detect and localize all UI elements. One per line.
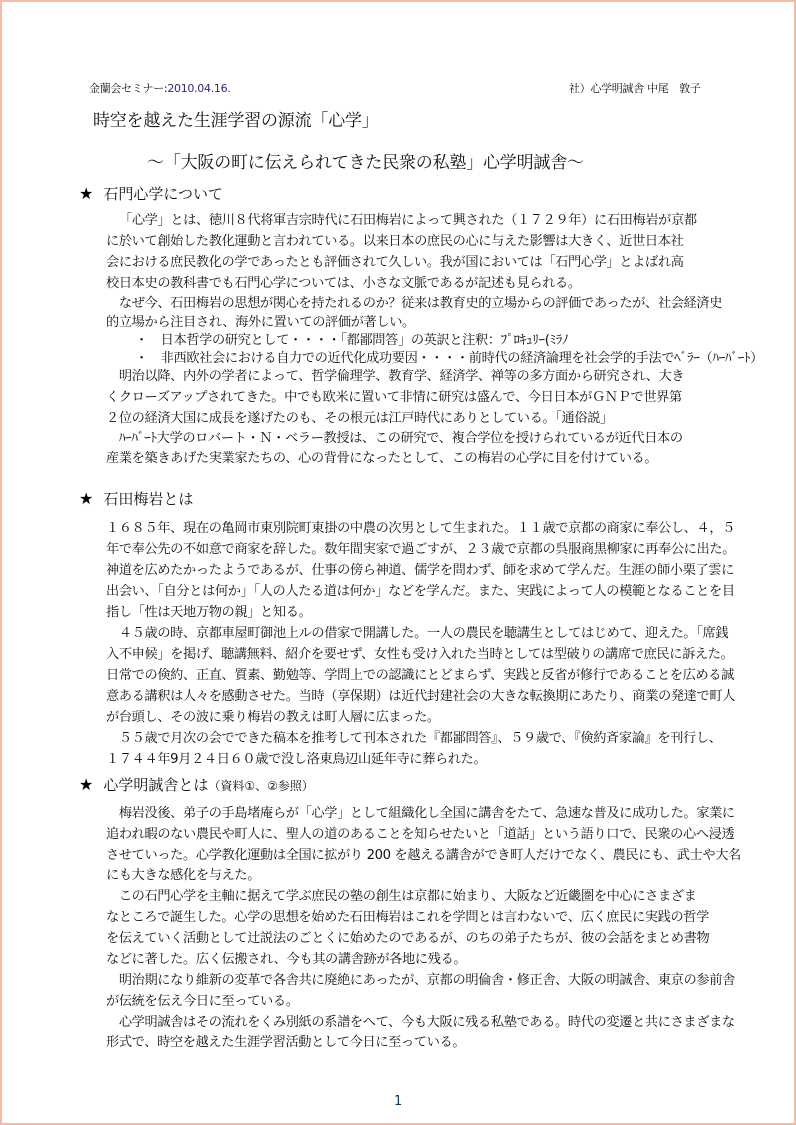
paragraph-line: １７４４年9月２４日６０歳で没し洛東鳥辺山延年寺に葬られた。: [106, 752, 486, 768]
paragraph-line: ５５歳で月次の会でできた稿本を推考して刊本された『都鄙問答』、５９歳で、『倹約斉…: [106, 731, 722, 747]
bullet-item: ・ 日本哲学の研究として・・・・「都鄙問答」の英訳と注釈：ﾌﾟﾛｷｭﾘｰ(ﾐﾗﾉ: [135, 333, 568, 349]
star-icon: ★: [79, 184, 93, 203]
star-icon: ★: [79, 775, 93, 794]
paragraph-line: なところで誕生した。心学の思想を始めた石田梅岩はこれを学問とは言わないで、広く庶…: [106, 910, 709, 926]
paragraph-line: 日常での倹約、正直、質素、勤勉等、学問上での認識にとどまらず、実践と反省が修行で…: [106, 668, 734, 684]
paragraph-line: 「心学」とは、徳川８代将軍吉宗時代に石田梅岩によって興された（１７２９年）に石田…: [119, 213, 697, 229]
paragraph-line: 会における庶民教化の学であったとも評価されて久しい。我が国においては「石門心学」…: [106, 255, 684, 271]
paragraph-line: させていった。心学教化運動は全国に拡がり 200 を越える講舎ができ町人だけでな…: [106, 848, 741, 864]
paragraph-line: 明治以降、内外の学者によって、哲学倫理学、教育学、経済学、禅等の多方面から研究さ…: [106, 369, 684, 385]
paragraph-line: 校日本史の教科書でも石門心学については、小さな文脈であるが記述も見られる。: [106, 276, 581, 292]
section-heading-ishida-baigan: ★石田梅岩とは: [79, 488, 193, 509]
paragraph-line: この石門心学を主軸に据えて学ぶ庶民の塾の創生は京都に始まり、大阪など近畿圏を中心…: [106, 889, 697, 905]
document-page: 金蘭会セミナー:2010.04.16. 社）心学明誠舎 中尾 敦子 時空を越えた…: [0, 0, 796, 1125]
paragraph-line: 意ある講釈は人々を感動させた。当時（享保期）は近代封建社会の大きな転換期にあたり…: [106, 689, 735, 705]
paragraph-line: 梅岩没後、弟子の手島堵庵らが「心学」として組織化し全国に講舎をたて、急速な普及に…: [106, 806, 735, 822]
section-heading-text: 心学明誠舎とは: [103, 776, 208, 794]
paragraph-line: 指し「性は天地万物の親」と知る。: [106, 605, 311, 621]
paragraph-line: 産業を築きあげた実業家たちの、心の背骨になったとして、この梅岩の心学に目を付けて…: [106, 451, 657, 467]
document-title: 時空を越えた生涯学習の源流「心学」: [93, 106, 379, 131]
bullet-item: ・ 非西欧社会における自力での近代化成功要因・・・・前時代の経済論理を社会学的手…: [135, 351, 763, 367]
paragraph-line: ４５歳の時、京都車屋町御池上ルの借家で開講した。一人の農民を聴講生としてはじめて…: [106, 626, 728, 642]
section-heading-sekimon-shingaku: ★石門心学について: [79, 183, 223, 204]
paragraph-line: ２位の経済大国に成長を遂げたのも、その根元は江戸時代にありとしている。「通俗説」: [106, 411, 613, 427]
star-icon: ★: [79, 489, 93, 508]
paragraph-line: を伝えていく活動として辻説法のごとくに始めたのであるが、のちの弟子たちが、彼の会…: [106, 931, 709, 947]
paragraph-line: １６８５年、現在の亀岡市東別院町東掛の中農の次男として生まれた。１１歳で京都の商…: [106, 521, 735, 537]
paragraph-line: 形式で、時空を越えた生涯学習活動として今日に至っている。: [106, 1035, 465, 1051]
seminar-date: 2010.04.16.: [167, 82, 230, 95]
paragraph-line: 心学明誠舎はその流れをくみ別紙の系譜をへて、今も大阪に残る私塾である。時代の変遷…: [106, 1015, 735, 1031]
paragraph-line: 入不申候」を掲げ、聴講無料、紹介を要せず、女性も受け入れた当時としては型破りの講…: [106, 647, 733, 663]
section-heading-text: 石田梅岩とは: [103, 490, 193, 508]
paragraph-line: なぜ今、石田梅岩の思想が関心を持たれるのか？従来は教育史的立場からの評価であった…: [106, 296, 722, 312]
paragraph-line: 的立場から注目され、海外に置いての評価が著しい。: [106, 315, 415, 331]
seminar-date-header: 金蘭会セミナー:2010.04.16.: [89, 80, 231, 96]
page-number: 1: [394, 1094, 402, 1109]
paragraph-line: にも大きな感化を与えた。: [106, 868, 260, 884]
paragraph-line: 年で奉公先の不如意で商家を辞した。数年間実家で過ごすが、２３歳で京都の呉服商黒柳…: [106, 542, 735, 558]
paragraph-line: 追われ暇のない農民や町人に、聖人の道のあることを知らせたいと「道話」という語り口…: [106, 827, 734, 843]
paragraph-line: が伝統を伝え今日に至っている。: [106, 994, 299, 1010]
paragraph-line: が台頭し、その波に乗り梅岩の教えは町人層に広まった。: [106, 710, 440, 726]
paragraph-line: 明治期になり維新の変革で各舎共に廃絶にあったが、京都の明倫舎・修正舎、大阪の明誠…: [106, 973, 735, 989]
section-heading-note: （資料①、②参照）: [208, 779, 314, 793]
paragraph-line: くクローズアップされてきた。中でも欧米に置いて非情に研究は盛んで、今日日本がＧＮ…: [106, 390, 682, 406]
paragraph-line: 出会い、「自分とは何か」「人の人たる道は何か」などを学んだ。また、実践によって人…: [106, 584, 735, 600]
paragraph-line: に於いて創始した教化運動と言われている。以来日本の庶民の心に与えた影響は大きく、…: [106, 234, 683, 250]
seminar-name: 金蘭会セミナー:: [89, 82, 167, 95]
paragraph-line: などに著した。広く伝搬され、今も其の講舎跡が各地に残る。: [106, 952, 466, 968]
section-heading-text: 石門心学について: [103, 185, 223, 203]
section-heading-shingaku-meiseisha: ★心学明誠舎とは（資料①、②参照）: [79, 774, 314, 795]
paragraph-line: 神道を広めたかったようであるが、仕事の傍ら神道、儒学を問わず、師を求めて学んだ。…: [106, 563, 734, 579]
document-subtitle: ～「大阪の町に伝えられてきた民衆の私塾」心学明誠舎～: [147, 148, 584, 173]
author-header: 社）心学明誠舎 中尾 敦子: [569, 80, 701, 96]
paragraph-line: ﾊｰﾊﾞｰﾄ大学のロバート・Ｎ・ベラー教授は、この研究で、複合学位を授けられてい…: [106, 431, 683, 447]
